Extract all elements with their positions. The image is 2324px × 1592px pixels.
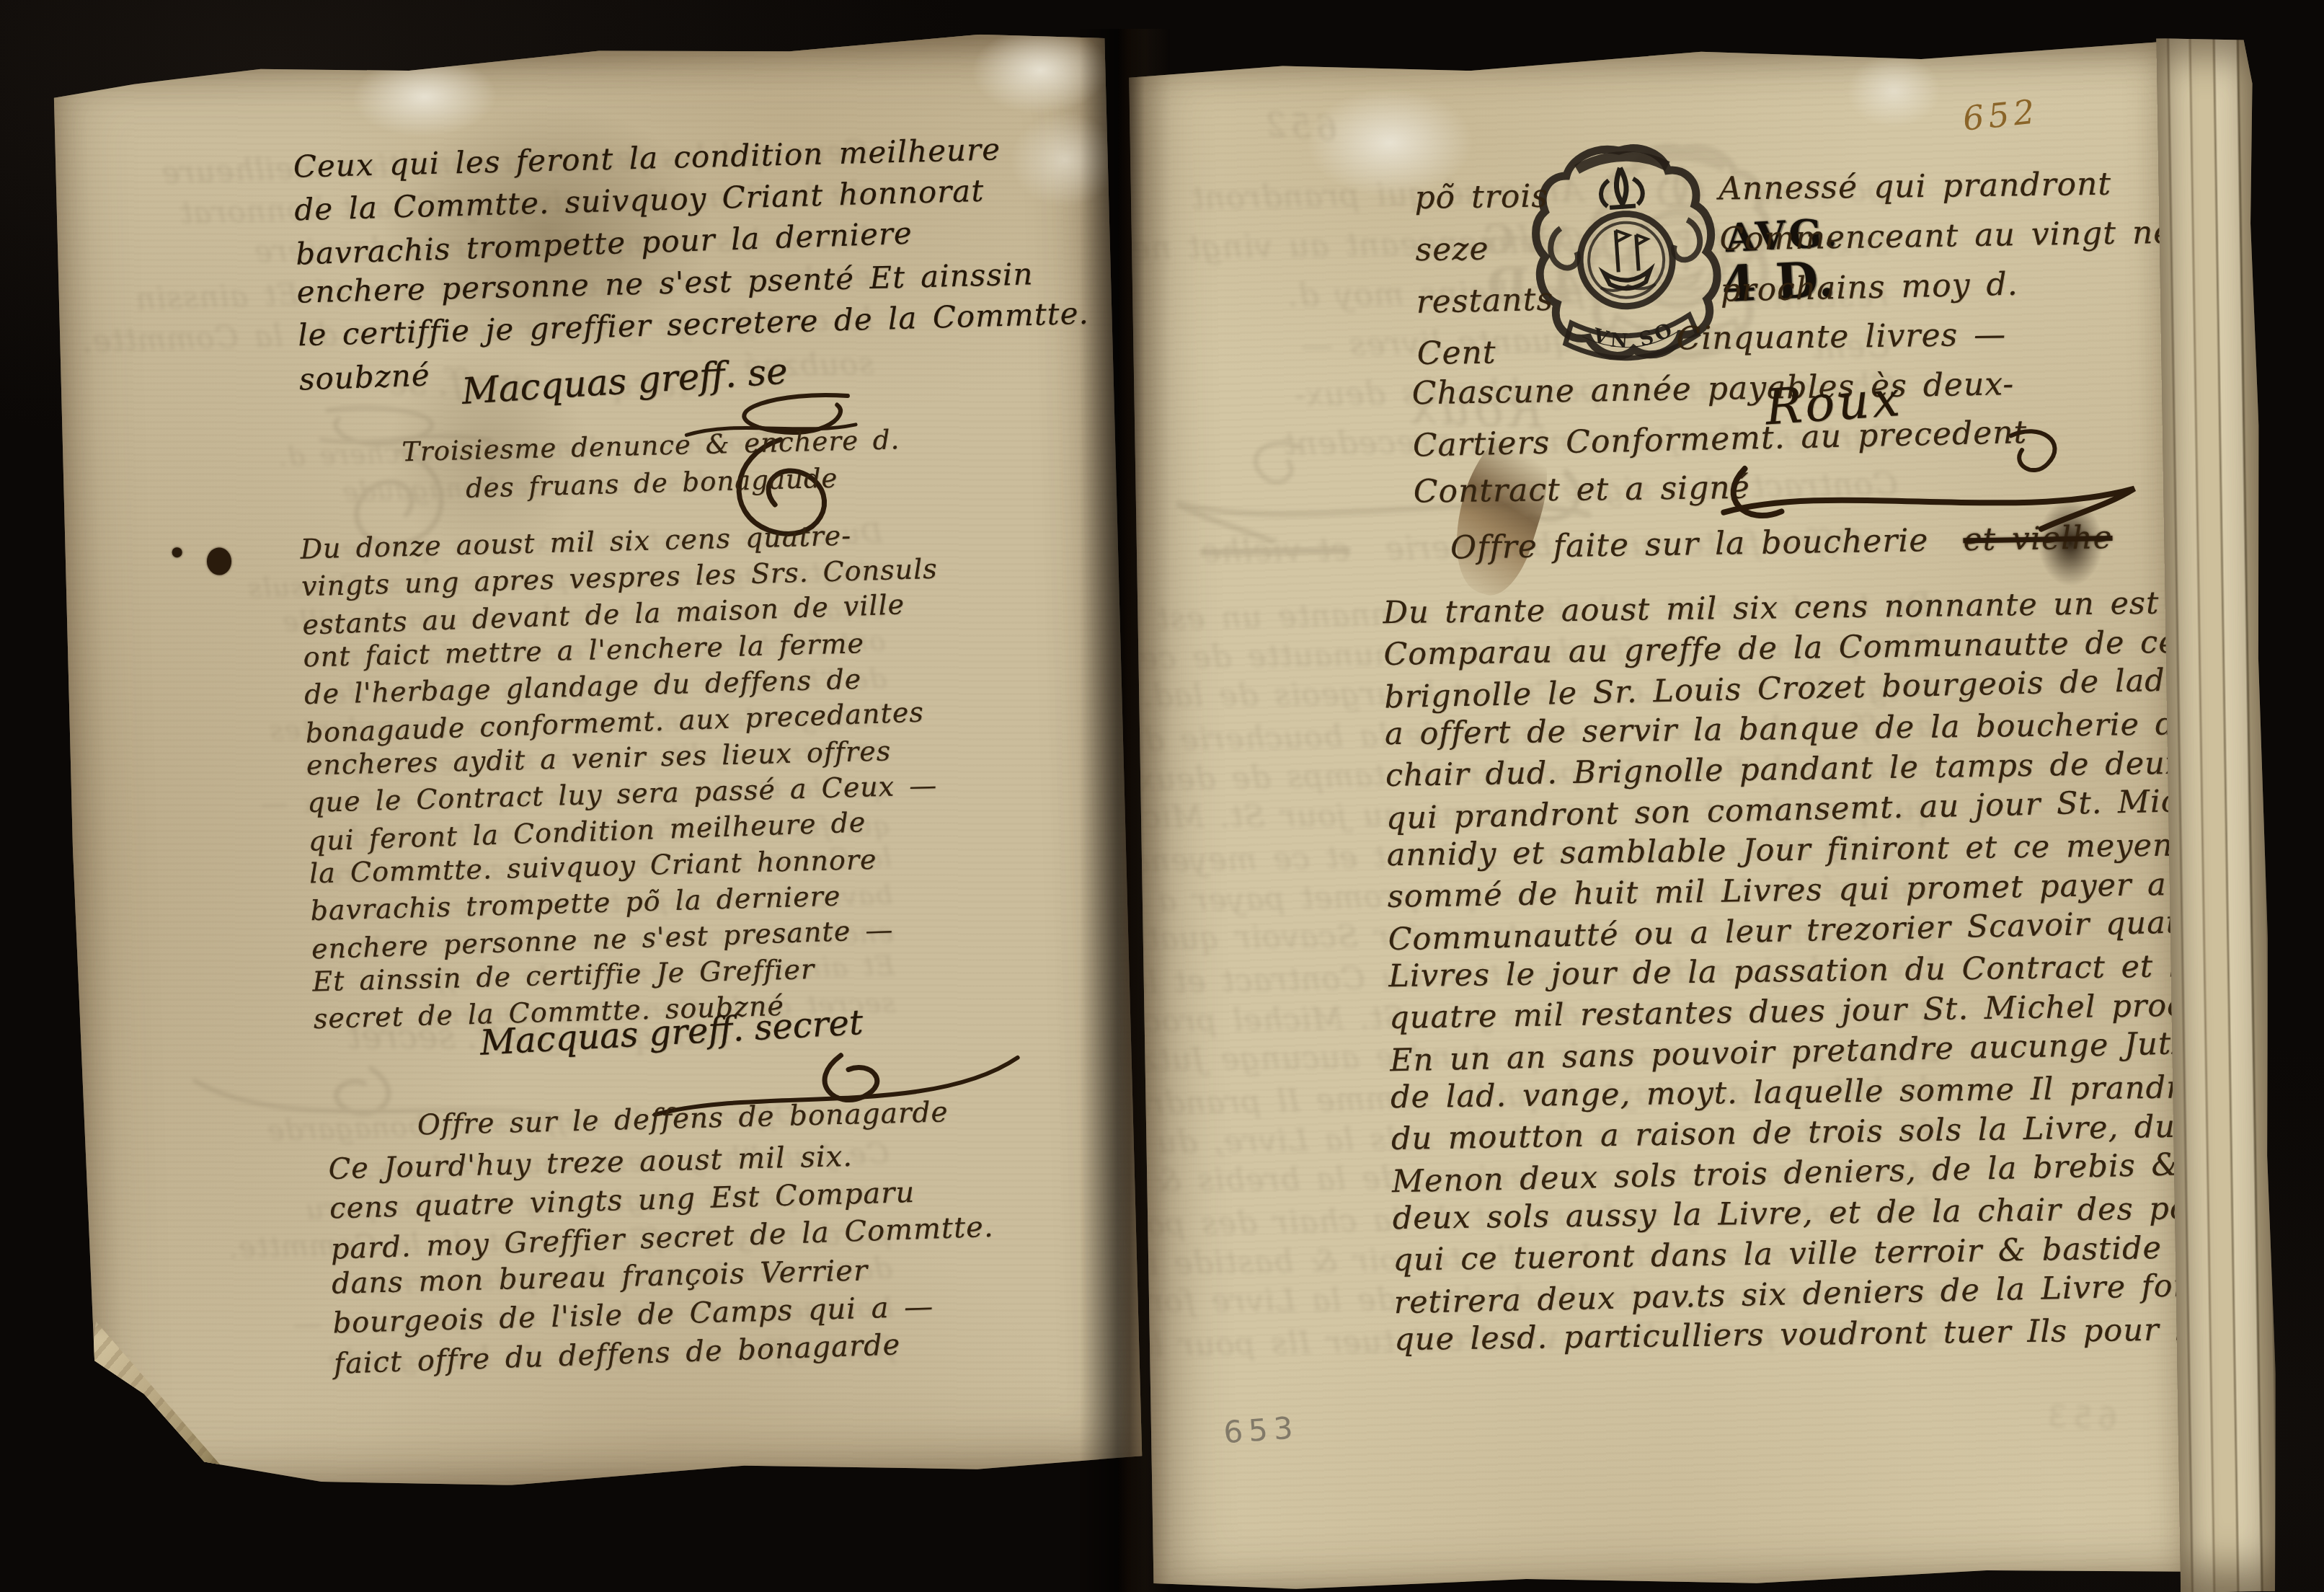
left-page-ink-layer: Ceux qui les feront la condition meilheu…: [48, 25, 1146, 1500]
entry-body-paragraph: Du trante aoust mil six cens nonnante un…: [1383, 582, 2199, 1361]
manuscript-line: Commenceant au vingt neuf: [1719, 207, 2196, 264]
entry-body-paragraph: Du donze aoust mil six cens quatre-vingt…: [300, 510, 1121, 1037]
manuscript-line: Annessé qui prandront: [1718, 158, 2195, 213]
manuscript-line: prochains moy d.: [1720, 255, 2196, 315]
heading-lead-word: Offre faite sur la boucherie: [1450, 522, 1929, 566]
struck-word: et vielhe: [1963, 519, 2113, 558]
pencil-folio-number: 653: [1223, 1410, 1300, 1450]
entry-body-paragraph: Ce Jourd'huy treze aoust mil six.cens qu…: [328, 1129, 1141, 1381]
right-page-ink-layer: 652: [1125, 37, 2196, 1592]
left-page: Ceux qui les feront la condition meilheu…: [48, 25, 1146, 1500]
folio-number: 652: [1961, 92, 2041, 138]
entry-heading: Offre faite sur la boucherieet vielhe: [1450, 518, 2194, 566]
right-page: 652: [1125, 37, 2196, 1592]
manuscript-line: Cinquante livres —: [1676, 307, 2197, 363]
photograph-background: Ceux qui les feront la condition meilheu…: [0, 0, 2324, 1592]
